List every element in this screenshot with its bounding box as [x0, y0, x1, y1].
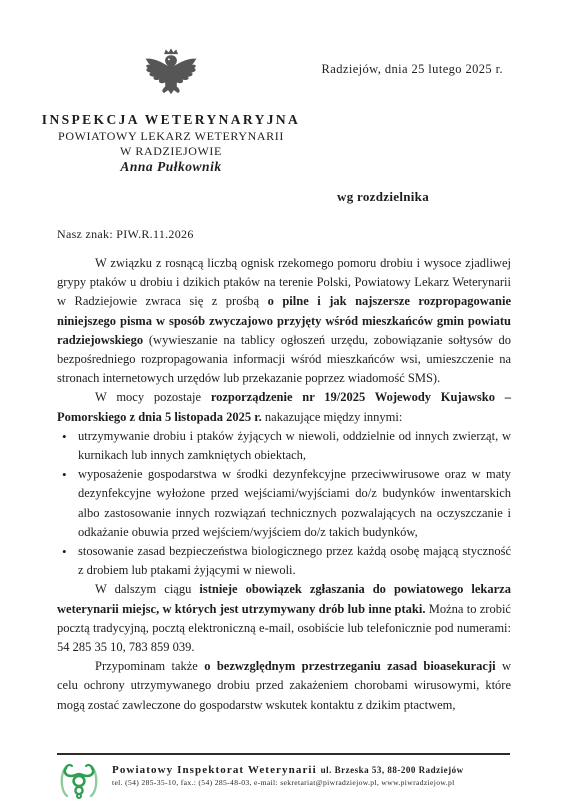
footer-org-line: Powiatowy Inspektorat Weterynarii ul. Br…	[112, 764, 516, 776]
veterinary-bull-head-icon	[58, 762, 100, 800]
letter-body: W związku z rosnącą liczbą ognisk rzekom…	[57, 254, 511, 715]
polish-eagle-emblem	[142, 46, 200, 104]
date-line: Radziejów, dnia 25 lutego 2025 r.	[322, 62, 503, 77]
footer-org-name: Powiatowy Inspektorat Weterynarii	[112, 764, 317, 776]
signer-name: Anna Pułkownik	[16, 159, 326, 175]
scanned-letter-page: INSPEKCJA WETERYNARYJNA POWIATOWY LEKARZ…	[0, 0, 565, 802]
bullet-item: utrzymywanie drobiu i ptaków żyjących w …	[78, 427, 511, 465]
text-segment: W mocy pozostaje	[95, 390, 211, 404]
text-segment: Przypominam także	[95, 659, 204, 673]
footer-contact-line: tel. (54) 285-35-10, fax.: (54) 285-48-0…	[112, 778, 516, 787]
paragraph: W dalszym ciągu istnieje obowiązek zgłas…	[57, 580, 511, 657]
text-segment: utrzymywanie drobiu i ptaków żyjących w …	[78, 429, 511, 462]
footer-text: Powiatowy Inspektorat Weterynarii ul. Br…	[112, 764, 516, 787]
text-segment: W dalszym ciągu	[95, 582, 199, 596]
bullet-item: stosowanie zasad bezpieczeństwa biologic…	[78, 542, 511, 580]
distribution-note: wg rozdzielnika	[337, 189, 429, 205]
paragraph: W związku z rosnącą liczbą ognisk rzekom…	[57, 254, 511, 388]
reference-number: Nasz znak: PIW.R.11.2026	[57, 227, 194, 242]
footer-divider	[57, 753, 510, 755]
org-name-line1: INSPEKCJA WETERYNARYJNA	[16, 112, 326, 128]
footer-address: ul. Brzeska 53, 88-200 Radziejów	[321, 765, 464, 775]
text-segment: stosowanie zasad bezpieczeństwa biologic…	[78, 544, 511, 577]
org-name-line2: POWIATOWY LEKARZ WETERYNARII	[16, 129, 326, 144]
letterhead: INSPEKCJA WETERYNARYJNA POWIATOWY LEKARZ…	[16, 46, 326, 175]
text-segment: wyposażenie gospodarstwa w środki dezynf…	[78, 467, 511, 539]
bullet-item: wyposażenie gospodarstwa w środki dezynf…	[78, 465, 511, 542]
org-name-line3: W RADZIEJOWIE	[16, 144, 326, 159]
text-segment: nakazujące między innymi:	[262, 410, 403, 424]
paragraph: Przypominam także o bezwzględnym przestr…	[57, 657, 511, 715]
bold-text-segment: o bezwzględnym przestrzeganiu zasad bioa…	[204, 659, 495, 673]
bullet-list: utrzymywanie drobiu i ptaków żyjących w …	[57, 427, 511, 581]
paragraph: W mocy pozostaje rozporządzenie nr 19/20…	[57, 388, 511, 426]
